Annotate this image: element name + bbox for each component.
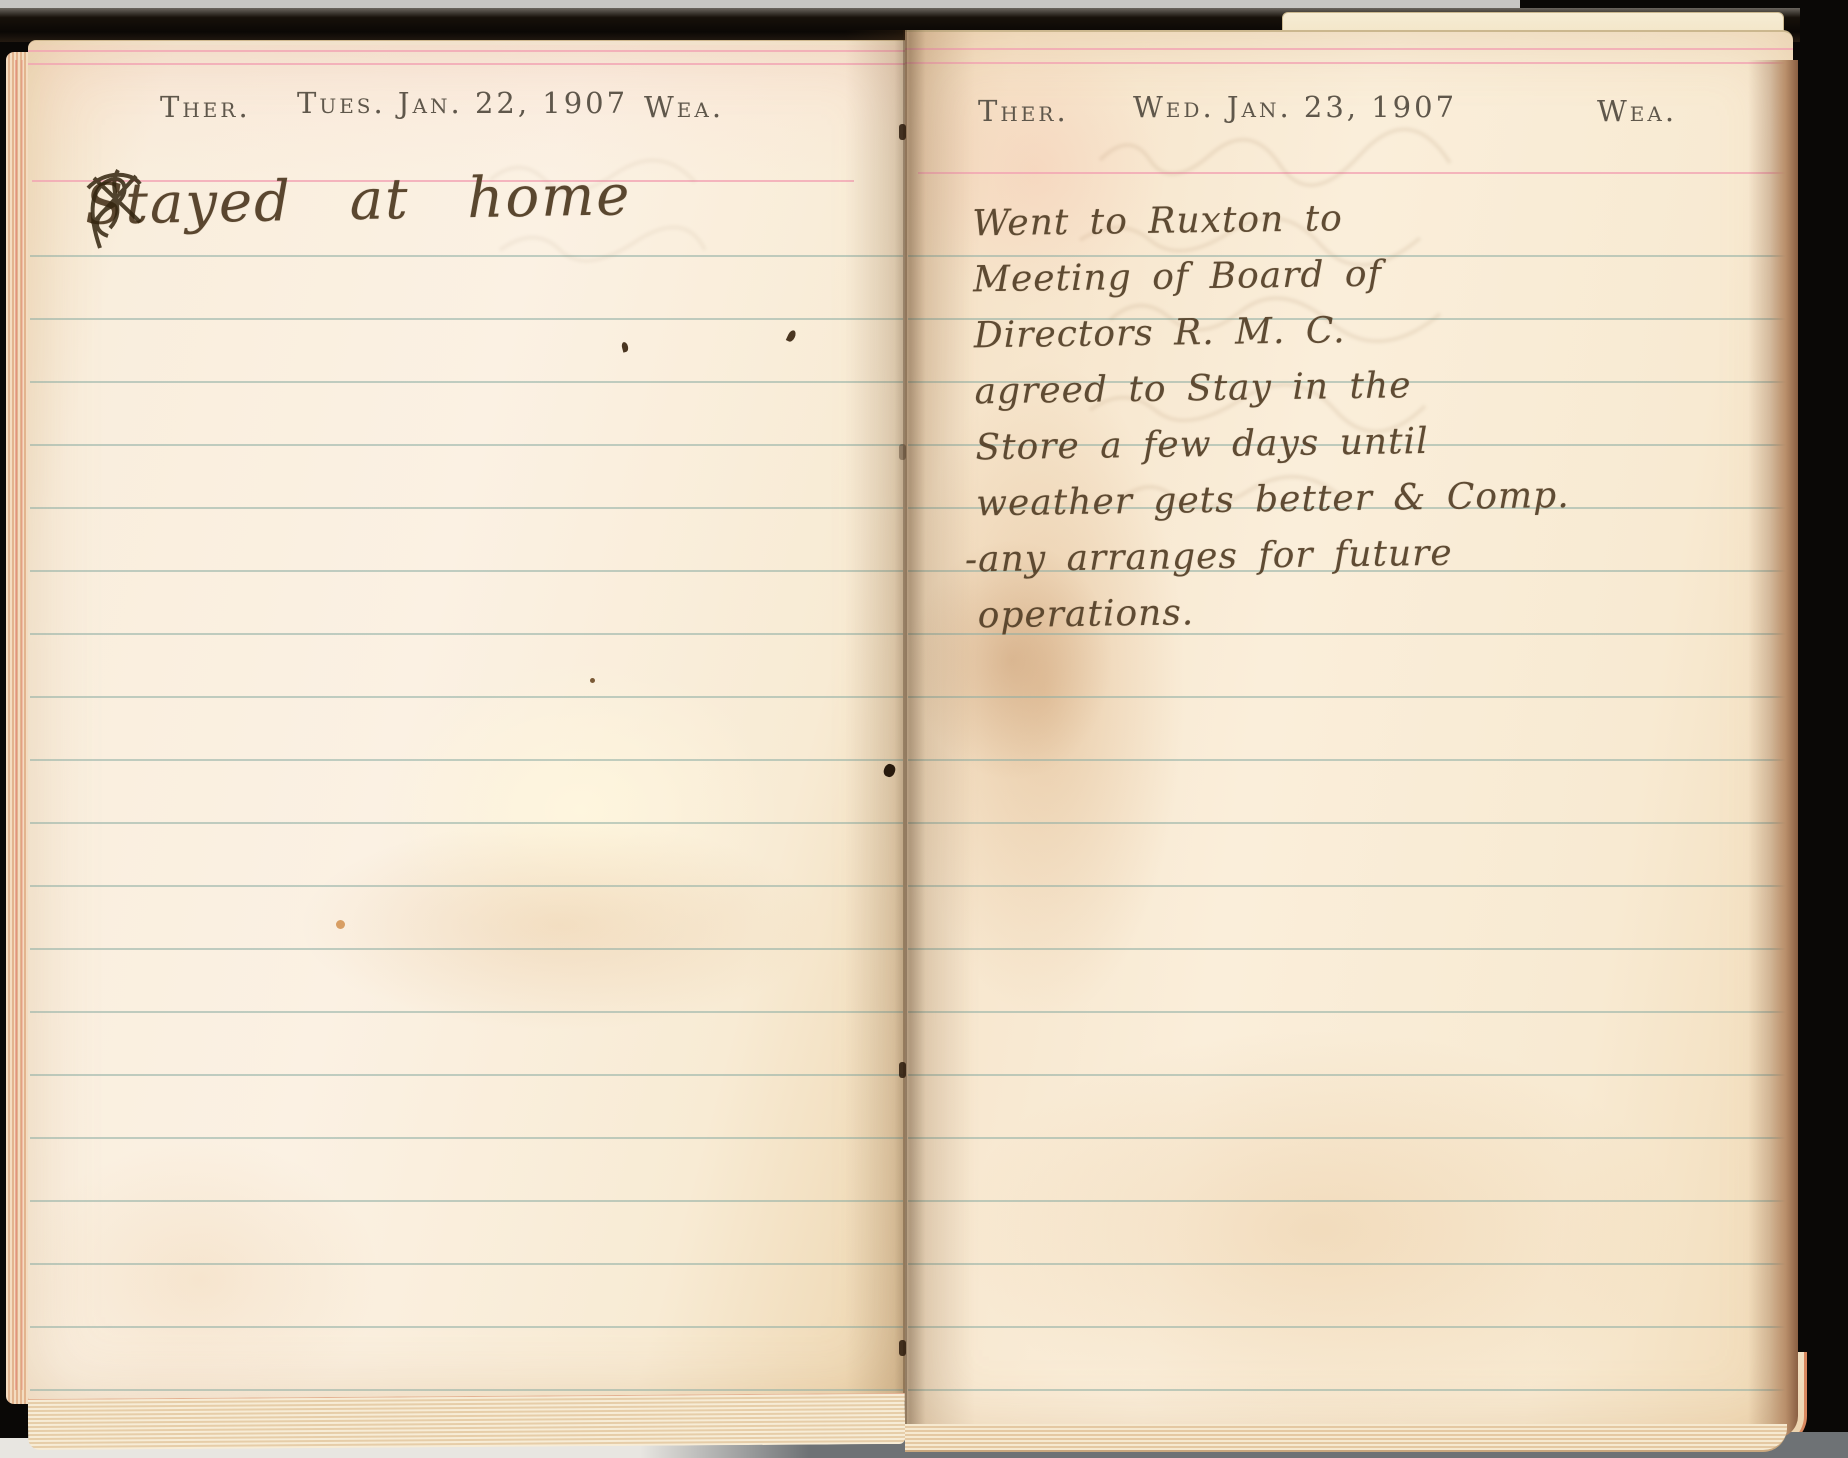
right-entry-line: weather gets better & Comp. [976, 468, 1597, 533]
date-right: Wed. Jan. 23, 1907 [1133, 90, 1457, 124]
page-edge-red-line [21, 60, 23, 1390]
right-entry-line: Meeting of Board of [973, 244, 1594, 309]
right-entry-line: Store a few days until [975, 412, 1596, 477]
rust-spot [336, 920, 345, 929]
right-entry-line: agreed to Stay in the [974, 356, 1595, 421]
date-left: Tues. Jan. 22, 1907 [297, 86, 628, 120]
stitch-mark [899, 124, 906, 140]
right-entry: Went to Ruxton to Meeting of Board of Di… [972, 188, 1598, 645]
right-entry-line: -any arranges for future [965, 524, 1598, 589]
right-entry-line: Went to Ruxton to [972, 188, 1593, 253]
gutter-fold-line [903, 30, 907, 1430]
stitch-mark [899, 1062, 906, 1078]
page-edges-bottom-right [905, 1424, 1787, 1452]
page-edges-left [6, 52, 30, 1404]
left-entry-line: Stayed at home [84, 163, 631, 238]
page-edge-red-line [15, 60, 17, 1390]
diary-photo: Ther. Tues. Jan. 22, 1907 Wea. Ther. Wed… [0, 0, 1848, 1458]
right-entry-line: Directors R. M. C. [973, 300, 1594, 365]
ther-label-left: Ther. [160, 90, 251, 124]
ink-scribble [70, 158, 165, 263]
stitch-mark [899, 1340, 906, 1356]
right-entry-line: operations. [977, 580, 1598, 645]
page-curve-shadow-right [1748, 60, 1798, 1438]
stitch-mark [899, 444, 906, 460]
wea-label-left: Wea. [644, 90, 724, 124]
wea-label-right: Wea. [1597, 94, 1677, 128]
page-edges-bottom-left [28, 1393, 905, 1450]
ink-speck [590, 678, 595, 683]
